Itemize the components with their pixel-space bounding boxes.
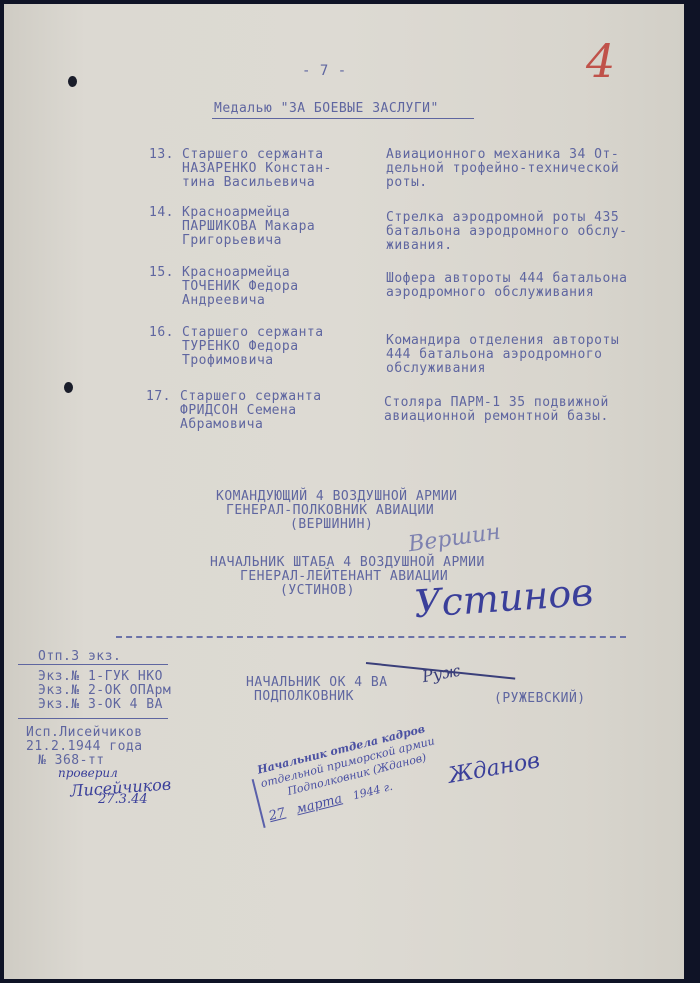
entry-post-line: Шофера автороты 444 батальона <box>386 272 627 286</box>
distribution-underline <box>18 664 168 665</box>
verification-date: 27.3.44 <box>98 792 148 807</box>
commander-handwritten-signature: Вершин <box>407 520 502 558</box>
entry-name-line: Красноармейца <box>182 266 290 280</box>
entry-name-line: Старшего сержанта <box>182 148 324 162</box>
entry-name-line: Красноармейца <box>182 206 290 220</box>
entry-post-line: 444 батальона аэродромного <box>386 348 603 362</box>
commander-title: КОМАНДУЮЩИЙ 4 ВОЗДУШНОЙ АРМИИ <box>216 490 457 504</box>
award-heading: Медалью "ЗА БОЕВЫЕ ЗАСЛУГИ" <box>214 102 439 116</box>
heading-underline <box>212 118 474 119</box>
stamp-handwritten-signature: Жданов <box>447 748 542 789</box>
punch-hole-middle <box>64 382 73 393</box>
entry-name-line: Старшего сержанта <box>182 326 324 340</box>
folio-number-mark: 4 <box>586 34 615 88</box>
document-page: 4 - 7 - Медалью "ЗА БОЕВЫЕ ЗАСЛУГИ" 13. … <box>4 4 684 979</box>
distribution-title: Отп.3 экз. <box>38 650 121 664</box>
distribution-copy: Экз.№ 1-ГУК НКО <box>38 670 163 684</box>
entry-post-line: Командира отделения автороты <box>386 334 619 348</box>
entry-post-line: Авиационного механика 34 От- <box>386 148 619 162</box>
entry-number: 13. <box>149 148 174 162</box>
entry-post-line: Стрелка аэродромной роты 435 <box>386 211 619 225</box>
entry-name-line: ПАРШИКОВА Макара <box>182 220 315 234</box>
commander-rank: ГЕНЕРАЛ-ПОЛКОВНИК АВИАЦИИ <box>226 504 434 518</box>
entry-number: 16. <box>149 326 174 340</box>
entry-name-line: ТУРЕНКО Федора <box>182 340 299 354</box>
entry-name-line: Григорьевича <box>182 234 282 248</box>
personnel-chief-handwritten-signature: Руж <box>421 661 462 686</box>
distribution-bottom-rule <box>18 718 168 719</box>
entry-post-line: живания. <box>386 239 453 253</box>
entry-number: 14. <box>149 206 174 220</box>
chief-of-staff-name: (УСТИНОВ) <box>280 584 355 598</box>
entry-number: 17. <box>146 390 171 404</box>
entry-name-line: тина Васильевича <box>182 176 315 190</box>
entry-post-line: аэродромного обслуживания <box>386 286 594 300</box>
personnel-chief-rank: ПОДПОЛКОВНИК <box>254 690 354 704</box>
executor-name: Исп.Лисейчиков <box>26 726 143 740</box>
entry-name-line: Трофимовича <box>182 354 274 368</box>
stamp-date-day: 27 <box>267 806 287 825</box>
entry-name-line: Абрамовича <box>180 418 263 432</box>
distribution-copy: Экз.№ 3-ОК 4 ВА <box>38 698 163 712</box>
punch-hole-top <box>68 76 77 87</box>
entry-number: 15. <box>149 266 174 280</box>
entry-name-line: ТОЧЕНИК Федора <box>182 280 299 294</box>
entry-post-line: дельной трофейно-технической <box>386 162 619 176</box>
personnel-chief-name: (РУЖЕВСКИЙ) <box>494 692 586 706</box>
entry-post-line: Столяра ПАРМ-1 35 подвижной <box>384 396 609 410</box>
entry-name-line: НАЗАРЕНКО Констан- <box>182 162 332 176</box>
personnel-chief-title: НАЧАЛЬНИК ОК 4 ВА <box>246 676 388 690</box>
distribution-copy: Экз.№ 2-ОК ОПАрм <box>38 684 171 698</box>
commander-name: (ВЕРШИНИН) <box>290 518 373 532</box>
entry-name-line: Старшего сержанта <box>180 390 322 404</box>
page-number: - 7 - <box>302 64 347 78</box>
chief-of-staff-title: НАЧАЛЬНИК ШТАБА 4 ВОЗДУШНОЙ АРМИИ <box>210 556 485 570</box>
entry-name-line: ФРИДСОН Семена <box>180 404 297 418</box>
dashed-separator <box>116 636 626 638</box>
entry-name-line: Андреевича <box>182 294 265 308</box>
executor-date: 21.2.1944 года <box>26 740 143 754</box>
entry-post-line: роты. <box>386 176 428 190</box>
stamp-date-year: 1944 г. <box>352 780 394 802</box>
entry-post-line: батальона аэродромного обслу- <box>386 225 627 239</box>
entry-post-line: обслуживания <box>386 362 486 376</box>
entry-post-line: авиационной ремонтной базы. <box>384 410 609 424</box>
personnel-department-stamp: Начальник отдела кадров отдельной примор… <box>256 716 477 871</box>
